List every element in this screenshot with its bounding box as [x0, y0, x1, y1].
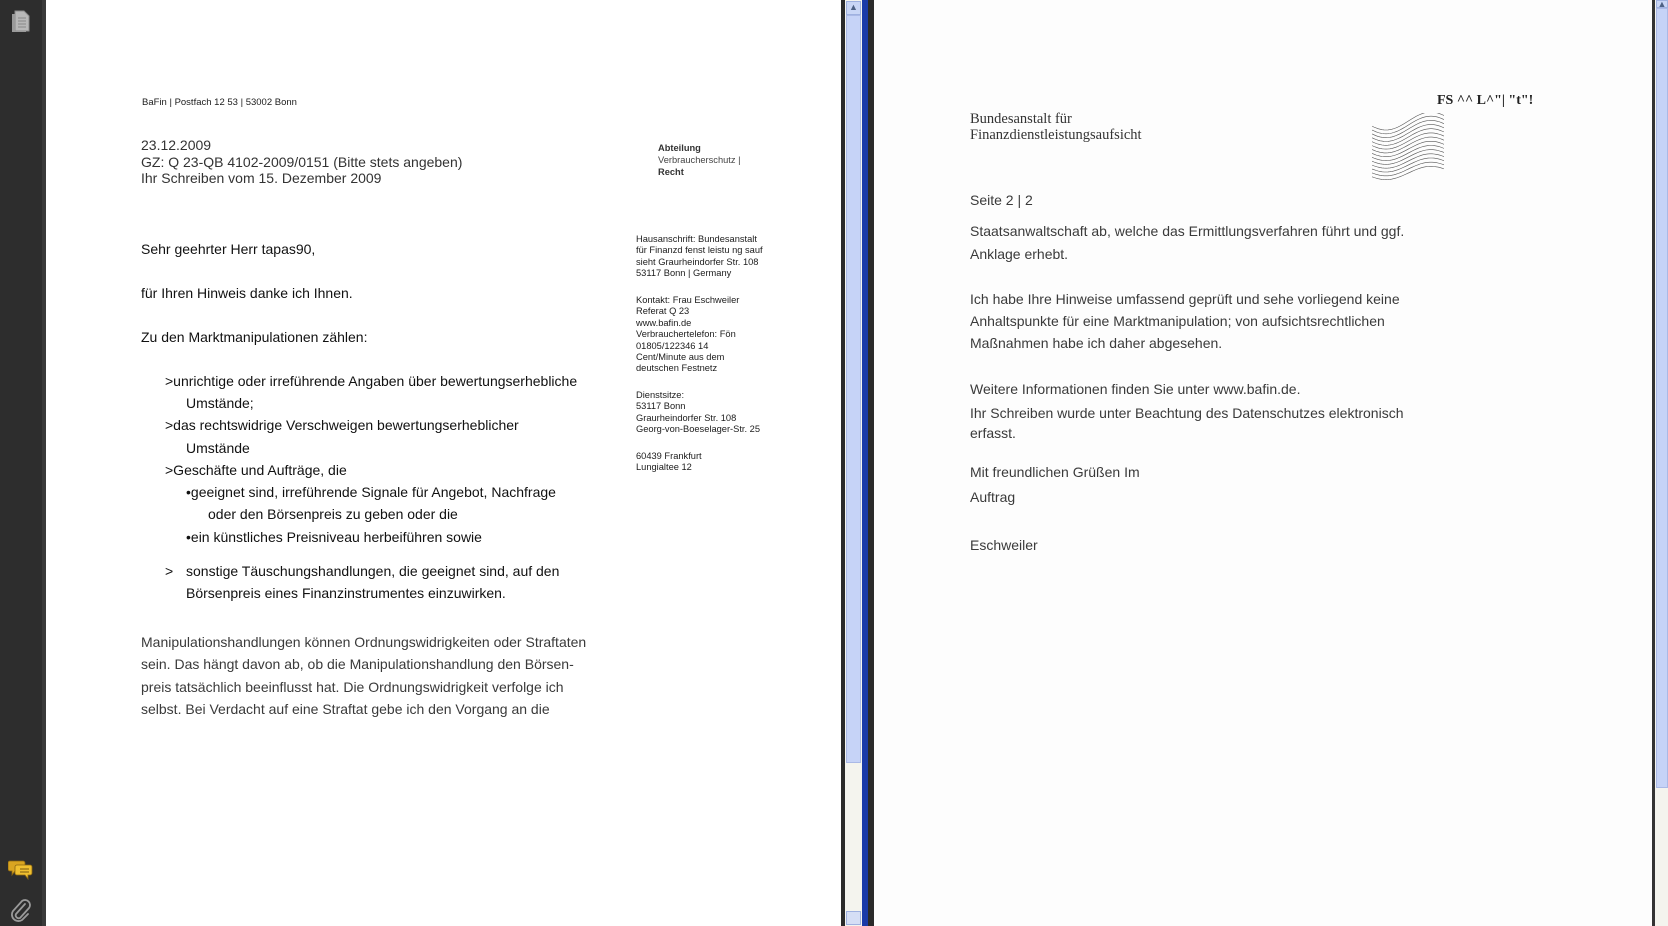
address-block: Hausanschrift: Bundesanstalt für Finanzd… — [636, 234, 763, 280]
org-name-line: Bundesanstalt für — [970, 111, 1142, 127]
return-address: BaFin | Postfach 12 53 | 53002 Bonn — [142, 97, 297, 109]
list-item: sonstige Täuschungshandlungen, die geeig… — [186, 560, 559, 582]
contact-line: Verbrauchertelefon: Fön — [636, 329, 739, 340]
paragraph-line: preis tatsächlich beeinflusst hat. Die O… — [141, 676, 564, 698]
header-ocr-text: FS ^^ L^"| "t"! — [1437, 93, 1533, 109]
department-label: Abteilung — [658, 143, 701, 154]
paragraph-line: Anhaltspunkte für eine Marktmanipulation… — [970, 310, 1385, 332]
offices-block: Dienstsitze: 53117 Bonn Graurheindorfer … — [636, 390, 760, 436]
page2-scrollbar[interactable]: ▲ — [1655, 0, 1668, 926]
list-item-continued: Börsenpreis eines Finanzinstrumentes ein… — [186, 582, 506, 604]
privacy-line: erfasst. — [970, 422, 1016, 444]
department-name: Verbraucherschutz | — [658, 155, 741, 166]
address-line: sieht Graurheindorfer Str. 108 — [636, 257, 763, 268]
page1-scrollbar[interactable]: ▲ — [845, 0, 862, 926]
document-page-2: FS ^^ L^"| "t"! Bundesanstalt für Finanz… — [874, 0, 1652, 926]
office-line: Georg-von-Boeselager-Str. 25 — [636, 424, 760, 435]
office-line: Graurheindorfer Str. 108 — [636, 413, 760, 424]
thanks-line: für Ihren Hinweis danke ich Ihnen. — [141, 282, 353, 304]
address-line: Hausanschrift: Bundesanstalt — [636, 234, 763, 245]
contact-line: Kontakt: Frau Eschweiler — [636, 295, 739, 306]
list-item-continued: Umstände; — [186, 392, 254, 414]
list-item-continued: Umstände — [186, 437, 250, 459]
list-item: >unrichtige oder irreführende Angaben üb… — [165, 370, 577, 392]
org-name-line: Finanzdienstleistungsaufsicht — [970, 127, 1142, 143]
contact-line: Cent/Minute aus dem — [636, 352, 739, 363]
scroll-thumb[interactable] — [846, 15, 861, 763]
paragraph-line: Manipulationshandlungen können Ordnungsw… — [141, 631, 586, 653]
list-intro: Zu den Marktmanipulationen zählen: — [141, 326, 367, 348]
scroll-up-arrow[interactable]: ▲ — [1656, 0, 1668, 8]
department-name-2: Recht — [658, 167, 684, 178]
closing-line: Mit freundlichen Grüßen Im — [970, 461, 1140, 483]
scroll-thumb[interactable] — [1656, 8, 1668, 788]
office-line: 60439 Frankfurt — [636, 451, 702, 462]
paragraph-line: selbst. Bei Verdacht auf eine Straftat g… — [141, 698, 550, 720]
paragraph-line: sein. Das hängt davon ab, ob die Manipul… — [141, 653, 574, 675]
address-line: 53117 Bonn | Germany — [636, 268, 763, 279]
navigation-sidebar — [0, 0, 43, 926]
reference-number: GZ: Q 23-QB 4102-2009/0151 (Bitte stets … — [141, 154, 462, 171]
office-line: Dienstsitze: — [636, 390, 760, 401]
info-line: Weitere Informationen finden Sie unter w… — [970, 378, 1300, 400]
scroll-down-arrow[interactable] — [846, 911, 861, 925]
pages-icon[interactable] — [8, 8, 34, 34]
sub-list-item: •ein künstliches Preisniveau herbeiführe… — [186, 526, 482, 548]
sub-list-item-continued: oder den Börsenpreis zu geben oder die — [208, 503, 458, 525]
list-item: >Geschäfte und Aufträge, die — [165, 459, 347, 481]
contact-line: 01805/122346 14 — [636, 341, 739, 352]
office-line: 53117 Bonn — [636, 401, 760, 412]
letter-date: 23.12.2009 — [141, 137, 211, 154]
comments-icon[interactable] — [8, 856, 34, 882]
privacy-line: Ihr Schreiben wurde unter Beachtung des … — [970, 402, 1403, 424]
your-letter-date: Ihr Schreiben vom 15. Dezember 2009 — [141, 170, 381, 187]
bafin-logo-icon — [1372, 113, 1444, 183]
paragraph-line: Ich habe Ihre Hinweise umfassend geprüft… — [970, 288, 1400, 310]
org-name: Bundesanstalt für Finanzdienstleistungsa… — [970, 111, 1142, 143]
address-line: für Finanzd fenst leistu ng sauf — [636, 245, 763, 256]
office-line: Lungialtee 12 — [636, 462, 702, 473]
document-page-1: BaFin | Postfach 12 53 | 53002 Bonn 23.1… — [46, 0, 841, 926]
contact-line: Referat Q 23 — [636, 306, 739, 317]
contact-line: www.bafin.de — [636, 318, 739, 329]
closing-line: Auftrag — [970, 486, 1015, 508]
salutation: Sehr geehrter Herr tapas90, — [141, 238, 315, 260]
paragraph-line: Anklage erhebt. — [970, 243, 1068, 265]
paragraph-line: Maßnahmen habe ich daher abgesehen. — [970, 332, 1222, 354]
contact-line: deutschen Festnetz — [636, 363, 739, 374]
sub-list-item: •geeignet sind, irreführende Signale für… — [186, 481, 556, 503]
paragraph-line: Staatsanwaltschaft ab, welche das Ermitt… — [970, 220, 1404, 242]
attachments-icon[interactable] — [8, 898, 34, 924]
list-marker: > — [165, 560, 173, 582]
scroll-up-arrow[interactable]: ▲ — [846, 1, 861, 15]
signature: Eschweiler — [970, 534, 1038, 556]
frankfurt-block: 60439 Frankfurt Lungialtee 12 — [636, 451, 702, 474]
list-item: >das rechtswidrige Verschweigen bewertun… — [165, 414, 519, 436]
contact-block: Kontakt: Frau Eschweiler Referat Q 23 ww… — [636, 295, 739, 375]
page-number: Seite 2 | 2 — [970, 189, 1033, 211]
